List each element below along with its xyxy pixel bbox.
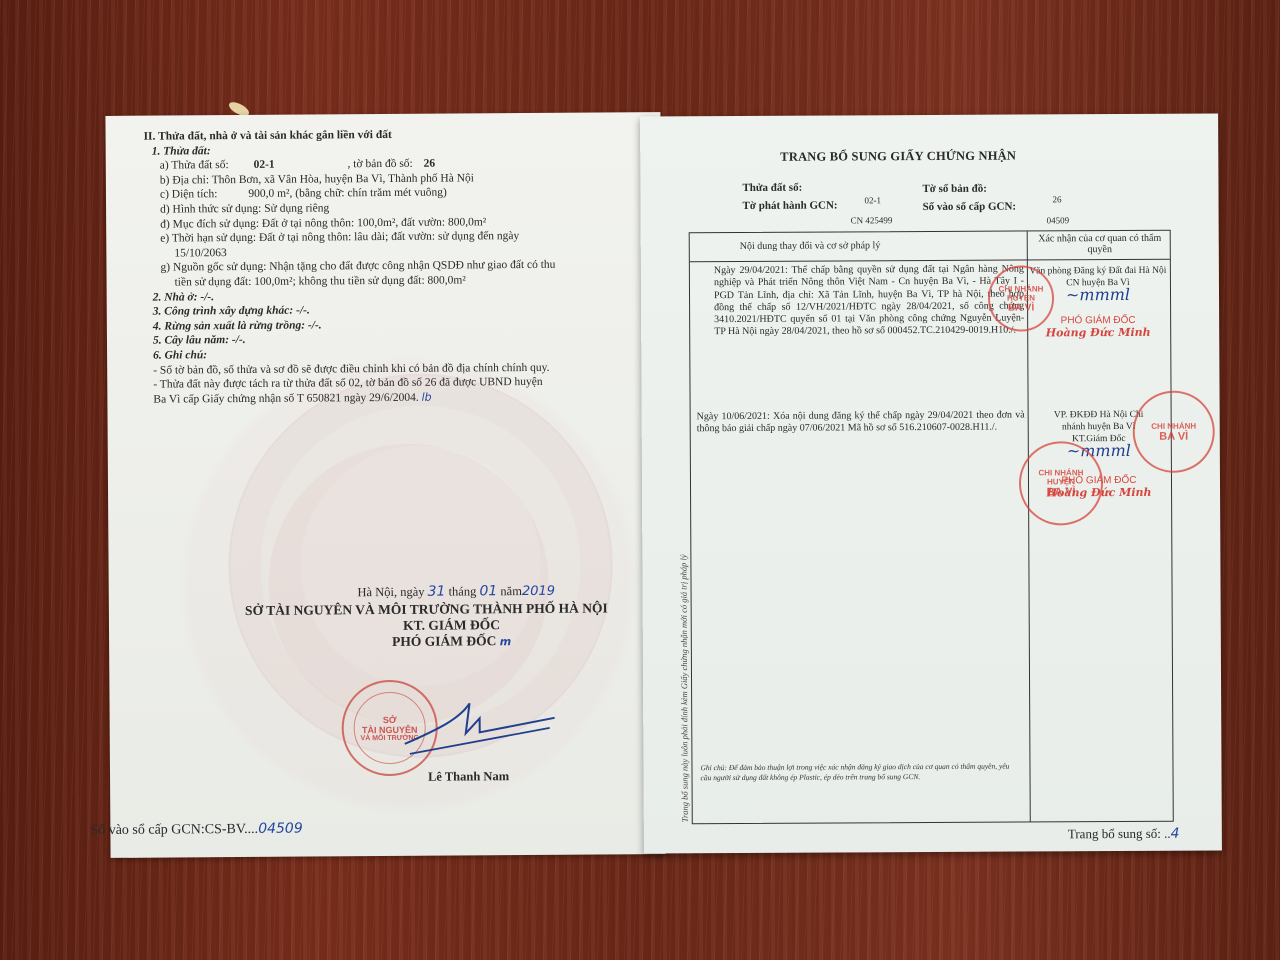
signature-scribble <box>399 698 559 759</box>
registry-value: 04509 <box>1047 215 1070 225</box>
signer-name: Lê Thanh Nam <box>428 769 509 785</box>
supplement-page-number: Trang bổ sung số: ..4 <box>1068 826 1180 843</box>
position-initials: m <box>500 635 512 648</box>
signing-year: 2019 <box>522 584 555 599</box>
signing-day: 31 <box>428 584 446 600</box>
registry-label: Số vào sổ cấp GCN: <box>923 201 1017 213</box>
parcel-label: Thửa đất số: <box>742 182 802 194</box>
column-header-confirm: Xác nhận của cơ quan có thẩm quyền <box>1030 233 1170 256</box>
cert-sheet-value: CN 425499 <box>851 215 893 225</box>
handwritten-initials: lb <box>421 390 431 403</box>
cert-sheet-label: Tờ phát hành GCN: <box>743 199 838 211</box>
land-details: II. Thửa đất, nhà ở và tài sản khác gắn … <box>144 126 646 407</box>
column-header-change: Nội dung thay đổi và cơ sở pháp lý <box>740 240 881 252</box>
signing-block: Hà Nội, ngày 31 tháng 01 năm2019 SỞ TÀI … <box>109 582 664 652</box>
validity-side-note: Trang bổ sung này luôn phải đính kèm Giấ… <box>678 554 689 822</box>
certificate-registry-number: Số vào sổ cấp GCN:CS-BV....04509 <box>90 821 302 839</box>
changes-table: Nội dung thay đổi và cơ sở pháp lý Xác n… <box>689 230 1174 825</box>
supplement-title: TRANG BỔ SUNG GIẤY CHỨNG NHẬN <box>780 149 1016 165</box>
signer-position: PHÓ GIÁM ĐỐC m <box>239 632 664 651</box>
signing-month: 01 <box>479 583 497 599</box>
supplement-page-right: TRANG BỔ SUNG GIẤY CHỨNG NHẬN Thửa đất s… <box>640 113 1222 853</box>
map-sheet-value: 26 <box>1052 194 1061 204</box>
map-sheet-label: Tờ số bản đồ: <box>922 183 987 195</box>
red-seal-stamp-1: CHI NHÁNH HUYỆN BA VÌ <box>988 265 1054 331</box>
signing-date: Hà Nội, ngày 31 tháng 01 năm2019 <box>249 582 664 601</box>
note-line-3: Ba Vì cấp Giấy chứng nhận số T 650821 ng… <box>153 389 645 407</box>
issuing-organization: SỞ TÀI NGUYÊN VÀ MÔI TRƯỜNG THÀNH PHỐ HÀ… <box>189 600 664 619</box>
red-seal-stamp-2: CHI NHÁNH HUYỆN BA VÌ <box>1019 441 1103 525</box>
parcel-number: 02-1 <box>254 159 275 171</box>
lamination-footnote: Ghi chú: Để đảm bảo thuận lợi trong việc… <box>700 762 1020 784</box>
certificate-page-left: II. Thửa đất, nhà ở và tài sản khác gắn … <box>105 112 665 858</box>
change-entry-1: Ngày 29/04/2021: Thế chấp bằng quyền sử … <box>714 264 1024 339</box>
change-entry-2: Ngày 10/06/2021: Xóa nội dung đăng ký th… <box>697 410 1025 436</box>
map-sheet-number: 26 <box>424 158 436 170</box>
red-seal-stamp-3: CHI NHÁNH BA VÌ <box>1133 391 1215 473</box>
parcel-value: 02-1 <box>864 195 881 205</box>
